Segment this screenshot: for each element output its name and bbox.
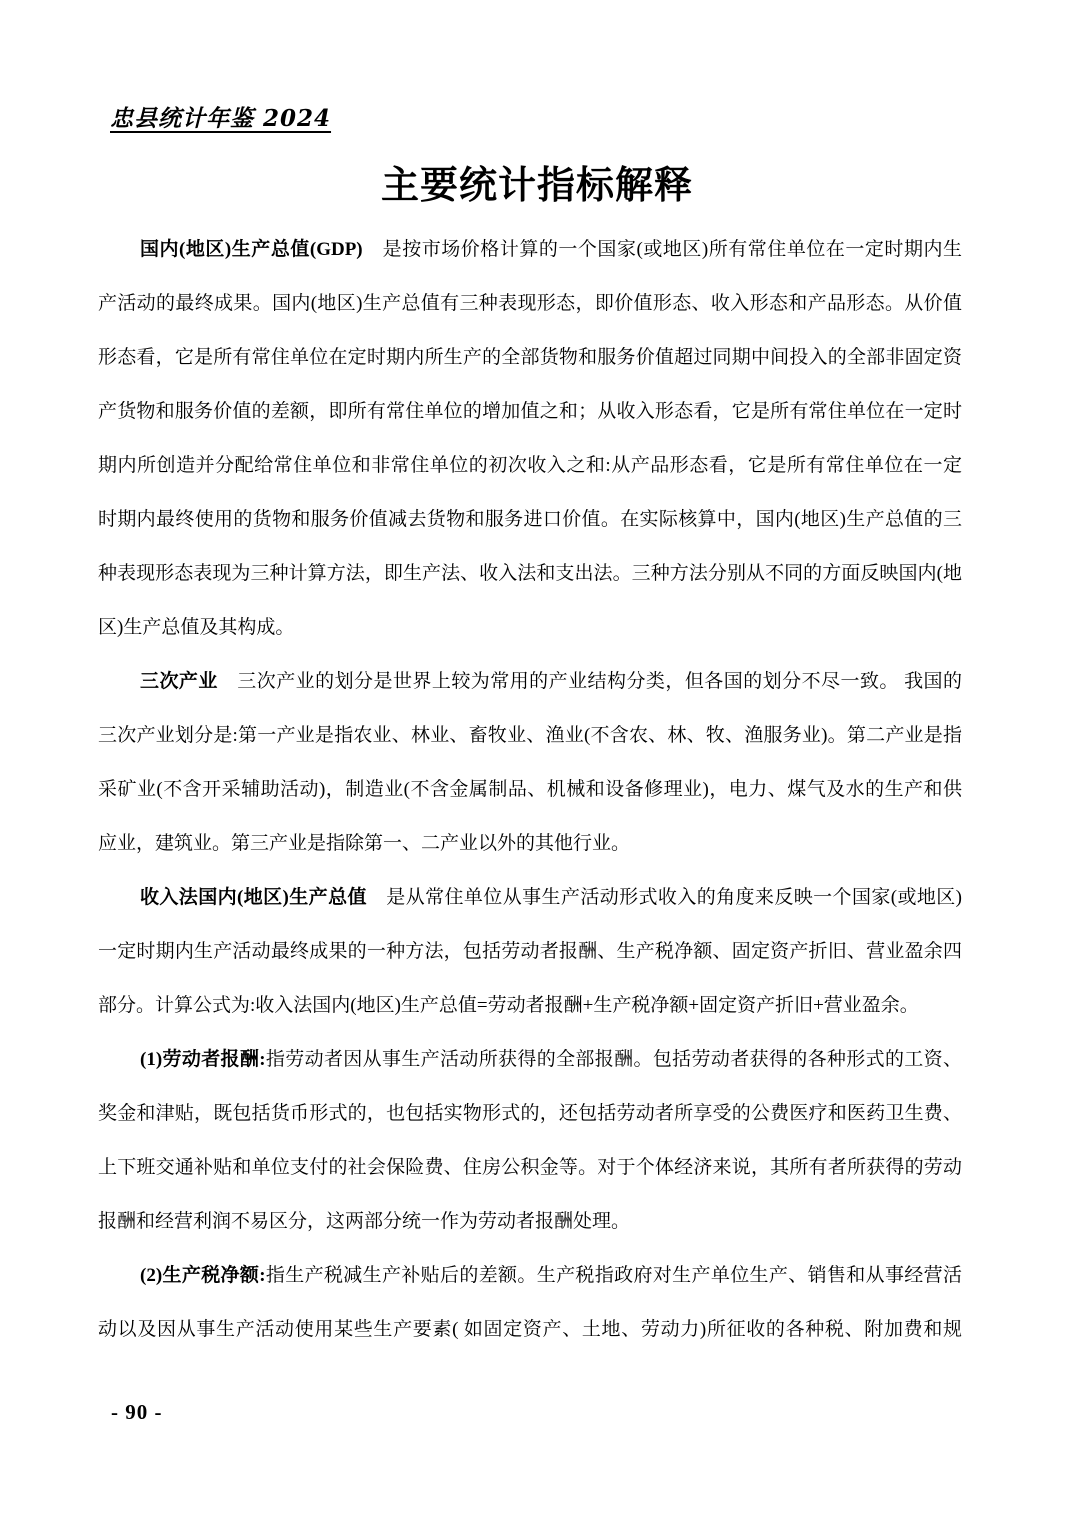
- page-number: - 90 -: [111, 1400, 163, 1425]
- paragraph-3-line-2: 一定时期内生产活动最终成果的一种方法，包括劳动者报酬、生产税净额、固定资产折旧、…: [98, 925, 962, 979]
- body-text: 指劳动者因从事生产活动所获得的全部报酬。包括劳动者获得的各种形式的工资、: [266, 1049, 962, 1070]
- body-text: 是从常住单位从事生产活动形式收入的角度来反映一个国家(或地区): [367, 887, 962, 908]
- body-text: 上下班交通补贴和单位支付的社会保险费、住房公积金等。对于个体经济来说，其所有者所…: [98, 1157, 962, 1178]
- paragraph-1-line-6: 时期内最终使用的货物和服务价值减去货物和服务进口价值。在实际核算中，国内(地区)…: [98, 493, 962, 547]
- body-text: 时期内最终使用的货物和服务价值减去货物和服务进口价值。在实际核算中，国内(地区)…: [98, 509, 962, 530]
- paragraph-5-line-1: (2)生产税净额:指生产税减生产补贴后的差额。生产税指政府对生产单位生产、销售和…: [98, 1249, 962, 1303]
- paragraph-1-line-2: 产活动的最终成果。国内(地区)生产总值有三种表现形态，即价值形态、收入形态和产品…: [98, 277, 962, 331]
- body-text: 奖金和津贴，既包括货币形式的，也包括实物形式的，还包括劳动者所享受的公费医疗和医…: [98, 1103, 962, 1124]
- paragraph-1-line-3: 形态看，它是所有常住单位在定时期内所生产的全部货物和服务价值超过同期中间投入的全…: [98, 331, 962, 385]
- body-text: 三次产业的划分是世界上较为常用的产业结构分类，但各国的划分不尽一致。 我国的: [218, 671, 962, 692]
- document-page: 忠县统计年鉴 2024 主要统计指标解释 国内(地区)生产总值(GDP) 是按市…: [0, 0, 1074, 1520]
- yearbook-header: 忠县统计年鉴 2024: [110, 100, 331, 133]
- term-bold-text: 收入法国内(地区)生产总值: [140, 887, 367, 908]
- body-text: 部分。计算公式为:收入法国内(地区)生产总值=劳动者报酬+生产税净额+固定资产折…: [98, 995, 919, 1016]
- body-text: 是按市场价格计算的一个国家(或地区)所有常住单位在一定时期内生: [363, 239, 962, 260]
- paragraph-1-line-8: 区)生产总值及其构成。: [98, 601, 962, 655]
- paragraph-4-line-1: (1)劳动者报酬:指劳动者因从事生产活动所获得的全部报酬。包括劳动者获得的各种形…: [98, 1033, 962, 1087]
- paragraph-2-line-1: 三次产业 三次产业的划分是世界上较为常用的产业结构分类，但各国的划分不尽一致。 …: [98, 655, 962, 709]
- paragraph-4-line-4: 报酬和经营利润不易区分，这两部分统一作为劳动者报酬处理。: [98, 1195, 962, 1249]
- term-bold-text: (1)劳动者报酬:: [140, 1049, 266, 1070]
- body-text: 三次产业划分是:第一产业是指农业、林业、畜牧业、渔业(不含农、林、牧、渔服务业)…: [98, 725, 962, 746]
- body-text: 区)生产总值及其构成。: [98, 617, 294, 638]
- body-text: 一定时期内生产活动最终成果的一种方法，包括劳动者报酬、生产税净额、固定资产折旧、…: [98, 941, 962, 962]
- document-body: 国内(地区)生产总值(GDP) 是按市场价格计算的一个国家(或地区)所有常住单位…: [98, 223, 962, 1357]
- paragraph-5-line-2: 动以及因从事生产活动使用某些生产要素( 如固定资产、土地、劳动力)所征收的各种税…: [98, 1303, 962, 1357]
- body-text: 期内所创造并分配给常住单位和非常住单位的初次收入之和:从产品形态看，它是所有常住…: [98, 455, 962, 476]
- paragraph-1-line-4: 产货物和服务价值的差额，即所有常住单位的增加值之和；从收入形态看，它是所有常住单…: [98, 385, 962, 439]
- term-bold-text: 国内(地区)生产总值(GDP): [140, 239, 363, 260]
- paragraph-3-line-3: 部分。计算公式为:收入法国内(地区)生产总值=劳动者报酬+生产税净额+固定资产折…: [98, 979, 962, 1033]
- term-bold-text: (2)生产税净额:: [140, 1265, 266, 1286]
- body-text: 种表现形态表现为三种计算方法，即生产法、收入法和支出法。三种方法分别从不同的方面…: [98, 563, 962, 584]
- body-text: 产活动的最终成果。国内(地区)生产总值有三种表现形态，即价值形态、收入形态和产品…: [98, 293, 962, 314]
- paragraph-4-line-3: 上下班交通补贴和单位支付的社会保险费、住房公积金等。对于个体经济来说，其所有者所…: [98, 1141, 962, 1195]
- body-text: 采矿业(不含开采辅助活动)，制造业(不含金属制品、机械和设备修理业)，电力、煤气…: [98, 779, 962, 800]
- paragraph-4-line-2: 奖金和津贴，既包括货币形式的，也包括实物形式的，还包括劳动者所享受的公费医疗和医…: [98, 1087, 962, 1141]
- paragraph-3-line-1: 收入法国内(地区)生产总值 是从常住单位从事生产活动形式收入的角度来反映一个国家…: [98, 871, 962, 925]
- paragraph-2-line-3: 采矿业(不含开采辅助活动)，制造业(不含金属制品、机械和设备修理业)，电力、煤气…: [98, 763, 962, 817]
- body-text: 动以及因从事生产活动使用某些生产要素( 如固定资产、土地、劳动力)所征收的各种税…: [98, 1319, 962, 1340]
- term-bold-text: 三次产业: [140, 671, 218, 692]
- paragraph-1-line-7: 种表现形态表现为三种计算方法，即生产法、收入法和支出法。三种方法分别从不同的方面…: [98, 547, 962, 601]
- page-title: 主要统计指标解释: [0, 154, 1074, 209]
- body-text: 形态看，它是所有常住单位在定时期内所生产的全部货物和服务价值超过同期中间投入的全…: [98, 347, 962, 368]
- paragraph-1-line-5: 期内所创造并分配给常住单位和非常住单位的初次收入之和:从产品形态看，它是所有常住…: [98, 439, 962, 493]
- body-text: 报酬和经营利润不易区分，这两部分统一作为劳动者报酬处理。: [98, 1211, 630, 1232]
- paragraph-2-line-4: 应业，建筑业。第三产业是指除第一、二产业以外的其他行业。: [98, 817, 962, 871]
- paragraph-2-line-2: 三次产业划分是:第一产业是指农业、林业、畜牧业、渔业(不含农、林、牧、渔服务业)…: [98, 709, 962, 763]
- body-text: 指生产税减生产补贴后的差额。生产税指政府对生产单位生产、销售和从事经营活: [266, 1265, 962, 1286]
- paragraph-1-line-1: 国内(地区)生产总值(GDP) 是按市场价格计算的一个国家(或地区)所有常住单位…: [98, 223, 962, 277]
- body-text: 产货物和服务价值的差额，即所有常住单位的增加值之和；从收入形态看，它是所有常住单…: [98, 401, 962, 422]
- body-text: 应业，建筑业。第三产业是指除第一、二产业以外的其他行业。: [98, 833, 630, 854]
